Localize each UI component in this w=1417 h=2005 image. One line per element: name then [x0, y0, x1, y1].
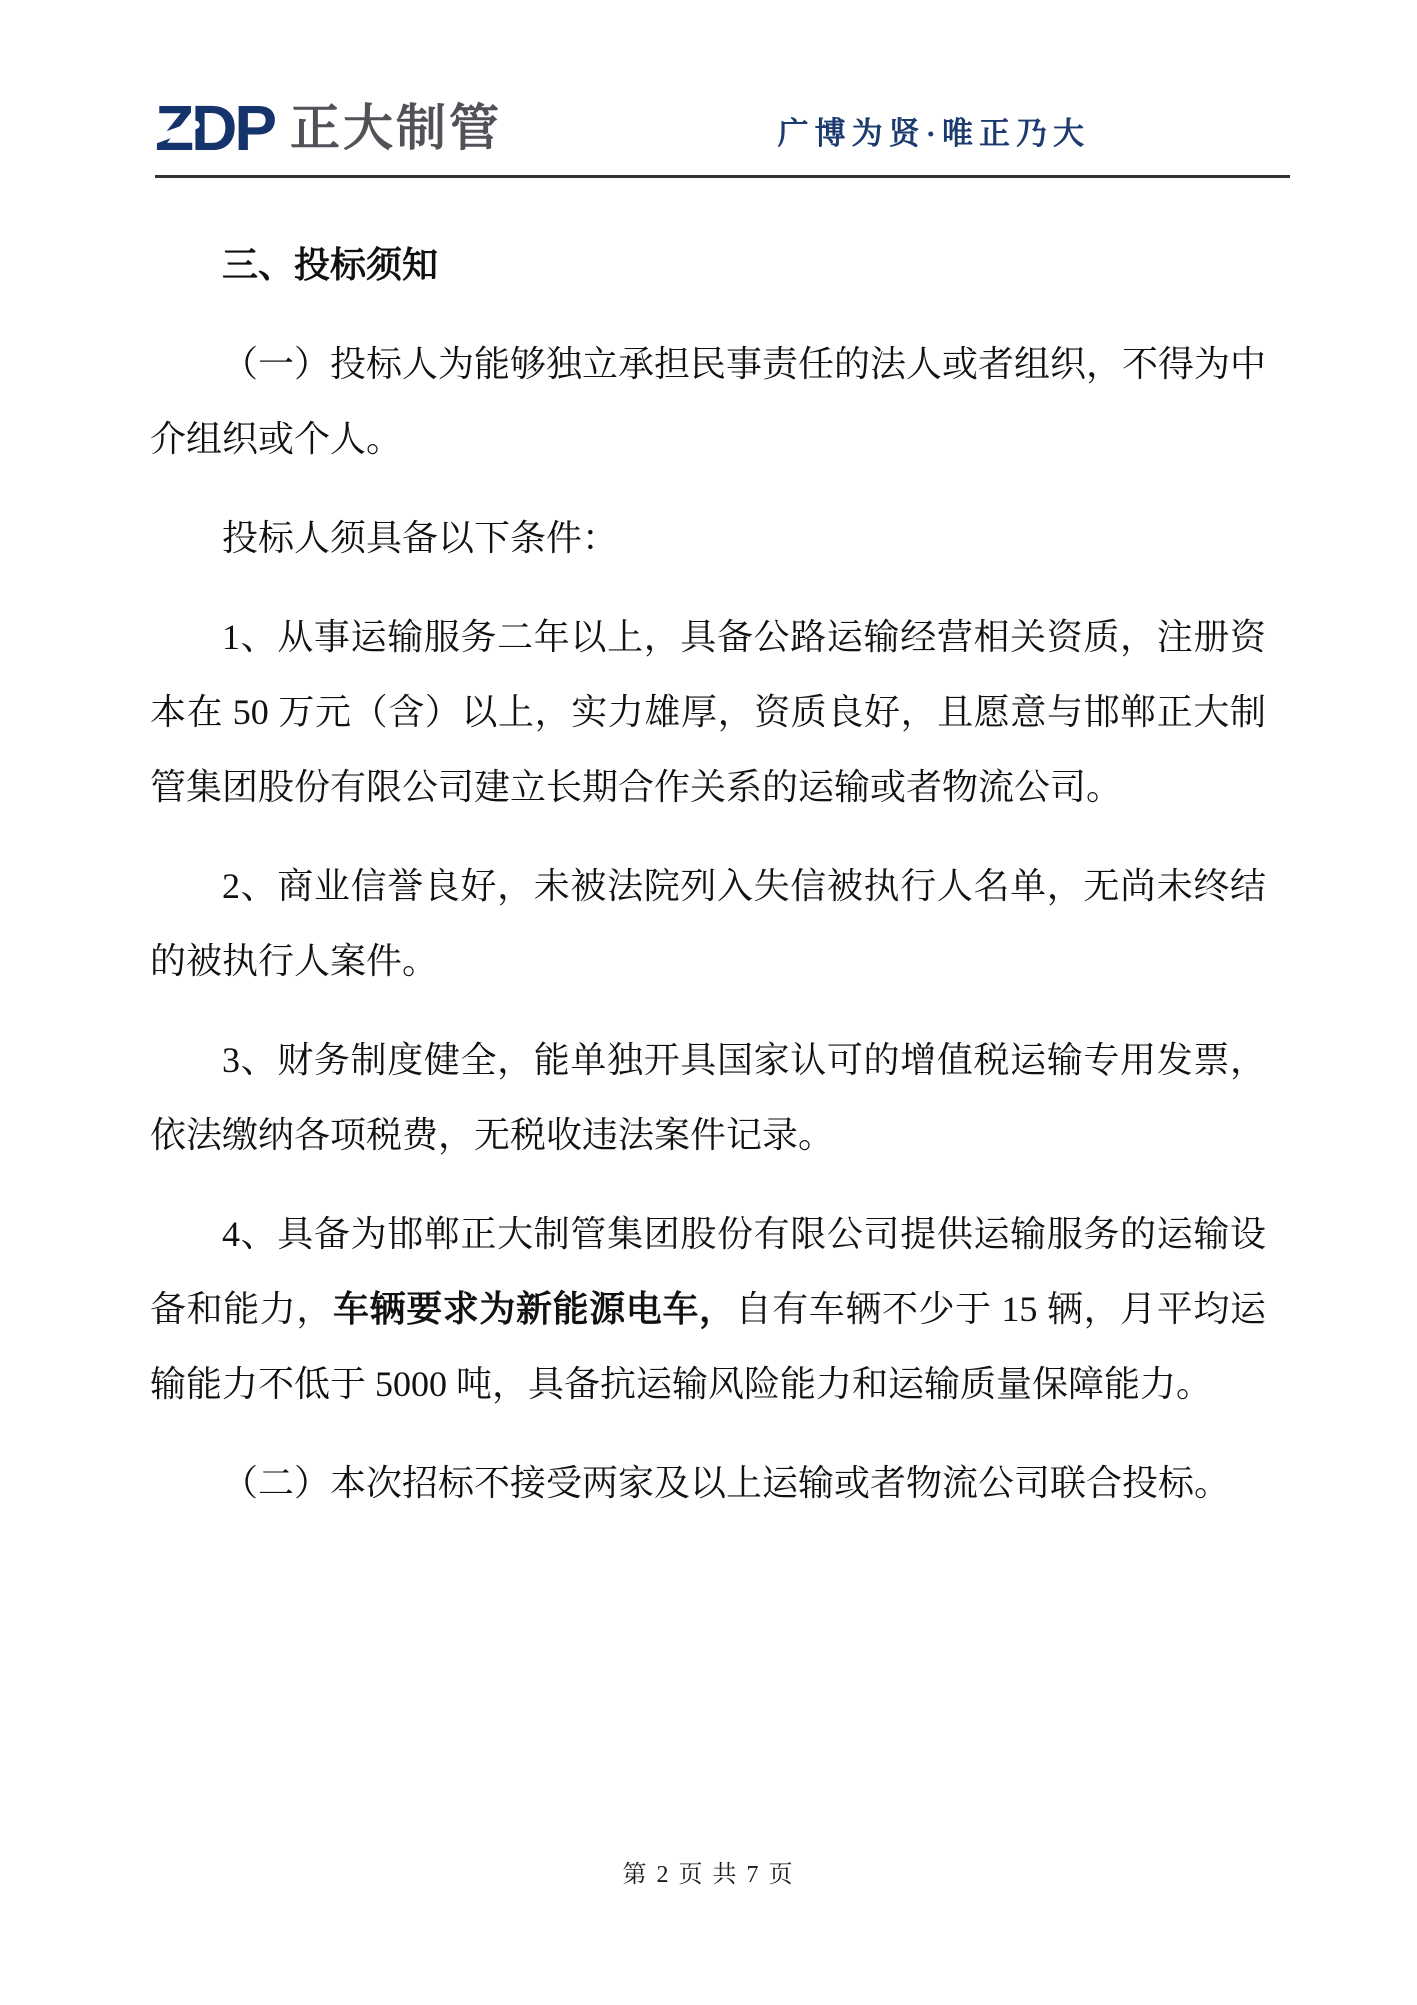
document-body: 三、投标须知 （一）投标人为能够独立承担民事责任的法人或者组织，不得为中介组织或…	[150, 228, 1266, 1545]
page-footer: 第 2 页 共 7 页	[0, 1854, 1417, 1889]
company-slogan: 广博为贤·唯正乃大	[778, 118, 1090, 159]
header-row: ZDP 正大制管 广博为贤·唯正乃大	[155, 98, 1290, 178]
document-page: ZDP 正大制管 广博为贤·唯正乃大 三、投标须知 （一）投标人为能够独立承担民…	[0, 0, 1417, 2005]
zdp-logo-mark: ZDP	[155, 98, 274, 159]
company-name: 正大制管	[290, 103, 502, 153]
paragraph-condition-2: 2、商业信誉良好，未被法院列入失信被执行人名单，无尚未终结的被执行人案件。	[150, 849, 1266, 999]
paragraph-no-joint-bids: （二）本次招标不接受两家及以上运输或者物流公司联合投标。	[150, 1446, 1266, 1521]
company-logo: ZDP 正大制管	[155, 98, 502, 159]
paragraph-bidder-qualification: （一）投标人为能够独立承担民事责任的法人或者组织，不得为中介组织或个人。	[150, 327, 1266, 477]
page-header: ZDP 正大制管 广博为贤·唯正乃大	[155, 98, 1290, 178]
paragraph-bold-text: 车辆要求为新能源电车，	[333, 1289, 736, 1329]
paragraph-condition-3: 3、财务制度健全，能单独开具国家认可的增值税运输专用发票，依法缴纳各项税费，无税…	[150, 1023, 1266, 1173]
paragraph-conditions-intro: 投标人须具备以下条件：	[150, 501, 1266, 576]
paragraph-condition-1: 1、从事运输服务二年以上，具备公路运输经营相关资质，注册资本在 50 万元（含）…	[150, 600, 1266, 825]
page-number-label: 第 2 页 共 7 页	[623, 1862, 795, 1888]
section-title: 三、投标须知	[150, 228, 1266, 303]
paragraph-condition-4: 4、具备为邯郸正大制管集团股份有限公司提供运输服务的运输设备和能力，车辆要求为新…	[150, 1197, 1266, 1422]
